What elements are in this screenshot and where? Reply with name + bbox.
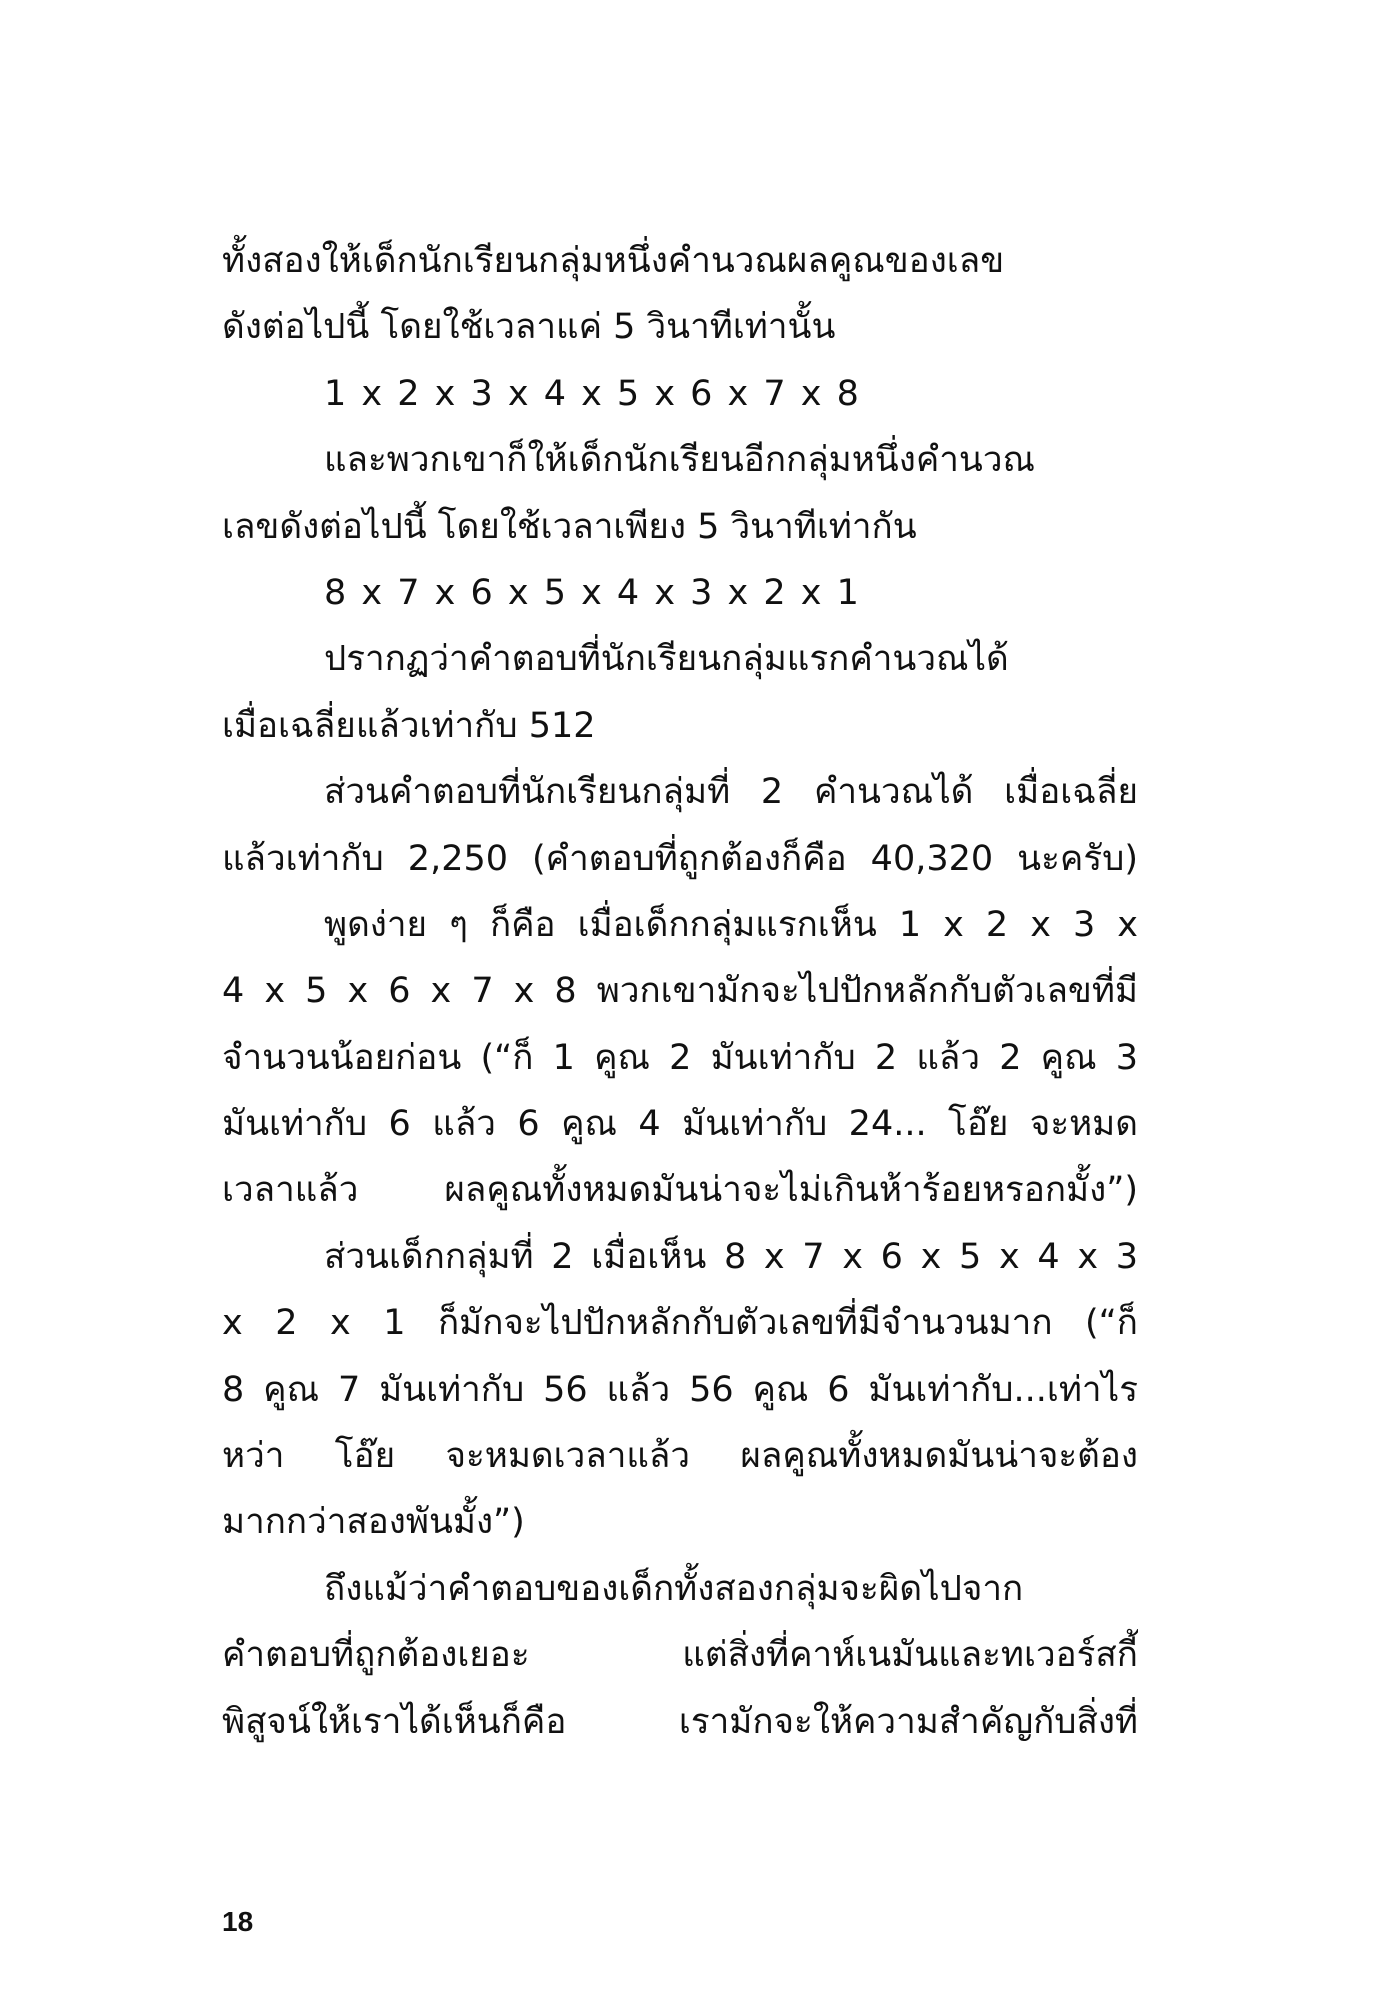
- text-line: 8 คูณ 7 มันเท่ากับ 56 แล้ว 56 คูณ 6 มันเ…: [222, 1357, 1138, 1423]
- formula-line: 1 x 2 x 3 x 4 x 5 x 6 x 7 x 8: [222, 361, 1138, 427]
- text-line: ทั้งสองให้เด็กนักเรียนกลุ่มหนึ่งคำนวณผลค…: [222, 228, 1138, 294]
- text-line: มากกว่าสองพันมั้ง”): [222, 1489, 1138, 1555]
- paragraph-start-line: ปรากฏว่าคำตอบที่นักเรียนกลุ่มแรกคำนวณได้: [222, 626, 1138, 692]
- text-line: x 2 x 1 ก็มักจะไปปักหลักกับตัวเลขที่มีจำ…: [222, 1290, 1138, 1356]
- text-line: หว่า โอ๊ย จะหมดเวลาแล้ว ผลคูณทั้งหมดมันน…: [222, 1423, 1138, 1489]
- formula-line: 8 x 7 x 6 x 5 x 4 x 3 x 2 x 1: [222, 560, 1138, 626]
- text-line: คำตอบที่ถูกต้องเยอะ แต่สิ่งที่คาห์เนมันแ…: [222, 1622, 1138, 1688]
- text-line: เลขดังต่อไปนี้ โดยใช้เวลาเพียง 5 วินาทีเ…: [222, 494, 1138, 560]
- paragraph-start-line: พูดง่าย ๆ ก็คือ เมื่อเด็กกลุ่มแรกเห็น 1 …: [222, 892, 1138, 958]
- text-line: 4 x 5 x 6 x 7 x 8 พวกเขามักจะไปปักหลักกั…: [222, 958, 1138, 1024]
- text-line: เวลาแล้ว ผลคูณทั้งหมดมันน่าจะไม่เกินห้าร…: [222, 1157, 1138, 1223]
- text-line: แล้วเท่ากับ 2,250 (คำตอบที่ถูกต้องก็คือ …: [222, 826, 1138, 892]
- paragraph-start-line: ส่วนเด็กกลุ่มที่ 2 เมื่อเห็น 8 x 7 x 6 x…: [222, 1224, 1138, 1290]
- text-line: เมื่อเฉลี่ยแล้วเท่ากับ 512: [222, 693, 1138, 759]
- page-number: 18: [222, 1906, 253, 1938]
- text-line: ดังต่อไปนี้ โดยใช้เวลาแค่ 5 วินาทีเท่านั…: [222, 294, 1138, 360]
- text-line: จำนวนน้อยก่อน (“ก็ 1 คูณ 2 มันเท่ากับ 2 …: [222, 1025, 1138, 1091]
- body-text: ทั้งสองให้เด็กนักเรียนกลุ่มหนึ่งคำนวณผลค…: [222, 228, 1138, 1755]
- text-line: มันเท่ากับ 6 แล้ว 6 คูณ 4 มันเท่ากับ 24.…: [222, 1091, 1138, 1157]
- book-page: ทั้งสองให้เด็กนักเรียนกลุ่มหนึ่งคำนวณผลค…: [0, 0, 1400, 2011]
- paragraph-start-line: ส่วนคำตอบที่นักเรียนกลุ่มที่ 2 คำนวณได้ …: [222, 759, 1138, 825]
- paragraph-start-line: และพวกเขาก็ให้เด็กนักเรียนอีกกลุ่มหนึ่งค…: [222, 427, 1138, 493]
- paragraph-start-line: ถึงแม้ว่าคำตอบของเด็กทั้งสองกลุ่มจะผิดไป…: [222, 1556, 1138, 1622]
- text-line: พิสูจน์ให้เราได้เห็นก็คือ เรามักจะให้ควา…: [222, 1689, 1138, 1755]
